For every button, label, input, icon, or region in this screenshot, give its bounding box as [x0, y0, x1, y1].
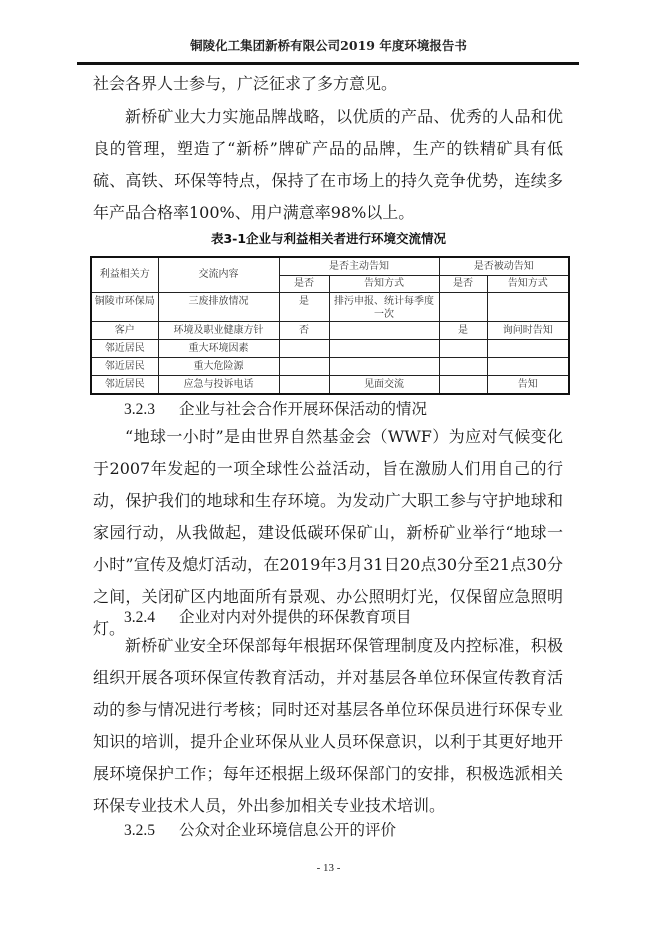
- table-row: 铜陵市环保局 三废排放情况 是 排污申报、统计每季度一次: [91, 292, 569, 321]
- header-active-yesno: 是否: [279, 275, 329, 292]
- table-header-row-1: 利益相关方 交流内容 是否主动告知 是否被动告知: [91, 257, 569, 275]
- cell-active-method: 见面交流: [329, 375, 439, 394]
- section-number: 3.2.3: [124, 401, 174, 419]
- cell-stakeholder: 邻近居民: [91, 375, 158, 394]
- paragraph-intro-tail: 社会各界人士参与，广泛征求了多方意见。: [93, 68, 563, 100]
- cell-active-method: [329, 321, 439, 339]
- table-row: 邻近居民 重大危险源: [91, 357, 569, 375]
- cell-content: 重大危险源: [158, 357, 279, 375]
- cell-passive-yesno: [439, 375, 487, 394]
- cell-passive-yesno: [439, 292, 487, 321]
- cell-active-yesno: [279, 339, 329, 357]
- cell-passive-yesno: [439, 357, 487, 375]
- cell-active-yesno: [279, 357, 329, 375]
- section-heading-3-2-3: 3.2.3 企业与社会合作开展环保活动的情况: [124, 397, 427, 419]
- header-passive-notice: 是否被动告知: [439, 257, 569, 275]
- cell-active-yesno: 是: [279, 292, 329, 321]
- header-active-method: 告知方式: [329, 275, 439, 292]
- section-heading-3-2-4: 3.2.4 企业对内对外提供的环保教育项目: [124, 605, 411, 627]
- table-caption: 表3-1企业与利益相关者进行环境交流情况: [0, 229, 657, 247]
- section-heading-3-2-5: 3.2.5 公众对企业环境信息公开的评价: [124, 818, 396, 840]
- cell-active-method: [329, 357, 439, 375]
- paragraph-environmental-education: 新桥矿业安全环保部每年根据环保管理制度及内控标准，积极组织开展各项环保宣传教育活…: [93, 630, 563, 822]
- cell-passive-yesno: [439, 339, 487, 357]
- cell-passive-yesno: 是: [439, 321, 487, 339]
- cell-stakeholder: 客户: [91, 321, 158, 339]
- section-title: 企业对内对外提供的环保教育项目: [179, 608, 412, 626]
- table-row: 客户 环境及职业健康方针 否 是 询问时告知: [91, 321, 569, 339]
- cell-passive-method: [487, 357, 569, 375]
- cell-content: 重大环境因素: [158, 339, 279, 357]
- stakeholder-communication-table: 利益相关方 交流内容 是否主动告知 是否被动告知 是否 告知方式 是否 告知方式…: [90, 256, 570, 395]
- header-content: 交流内容: [158, 257, 279, 292]
- header-passive-method: 告知方式: [487, 275, 569, 292]
- cell-passive-method: [487, 292, 569, 321]
- cell-active-yesno: 否: [279, 321, 329, 339]
- header-rule-divider: [77, 62, 579, 65]
- cell-stakeholder: 邻近居民: [91, 339, 158, 357]
- paragraph-brand-strategy: 新桥矿业大力实施品牌战略，以优质的产品、优秀的人品和优良的管理，塑造了“新桥”牌…: [93, 101, 563, 229]
- section-number: 3.2.5: [124, 822, 174, 840]
- cell-active-method: 排污申报、统计每季度一次: [329, 292, 439, 321]
- page-number: - 13 -: [0, 862, 657, 874]
- section-number: 3.2.4: [124, 609, 174, 627]
- table-row: 邻近居民 应急与投诉电话 见面交流 告知: [91, 375, 569, 394]
- section-title: 企业与社会合作开展环保活动的情况: [179, 400, 427, 418]
- cell-passive-method: 询问时告知: [487, 321, 569, 339]
- cell-content: 三废排放情况: [158, 292, 279, 321]
- cell-content: 环境及职业健康方针: [158, 321, 279, 339]
- cell-passive-method: 告知: [487, 375, 569, 394]
- header-passive-yesno: 是否: [439, 275, 487, 292]
- header-active-notice: 是否主动告知: [279, 257, 439, 275]
- cell-content: 应急与投诉电话: [158, 375, 279, 394]
- cell-active-yesno: [279, 375, 329, 394]
- cell-passive-method: [487, 339, 569, 357]
- cell-stakeholder: 铜陵市环保局: [91, 292, 158, 321]
- running-header-title: 铜陵化工集团新桥有限公司2019 年度环境报告书: [0, 36, 657, 54]
- header-stakeholder: 利益相关方: [91, 257, 158, 292]
- cell-active-method: [329, 339, 439, 357]
- section-title: 公众对企业环境信息公开的评价: [179, 821, 396, 839]
- table-row: 邻近居民 重大环境因素: [91, 339, 569, 357]
- cell-stakeholder: 邻近居民: [91, 357, 158, 375]
